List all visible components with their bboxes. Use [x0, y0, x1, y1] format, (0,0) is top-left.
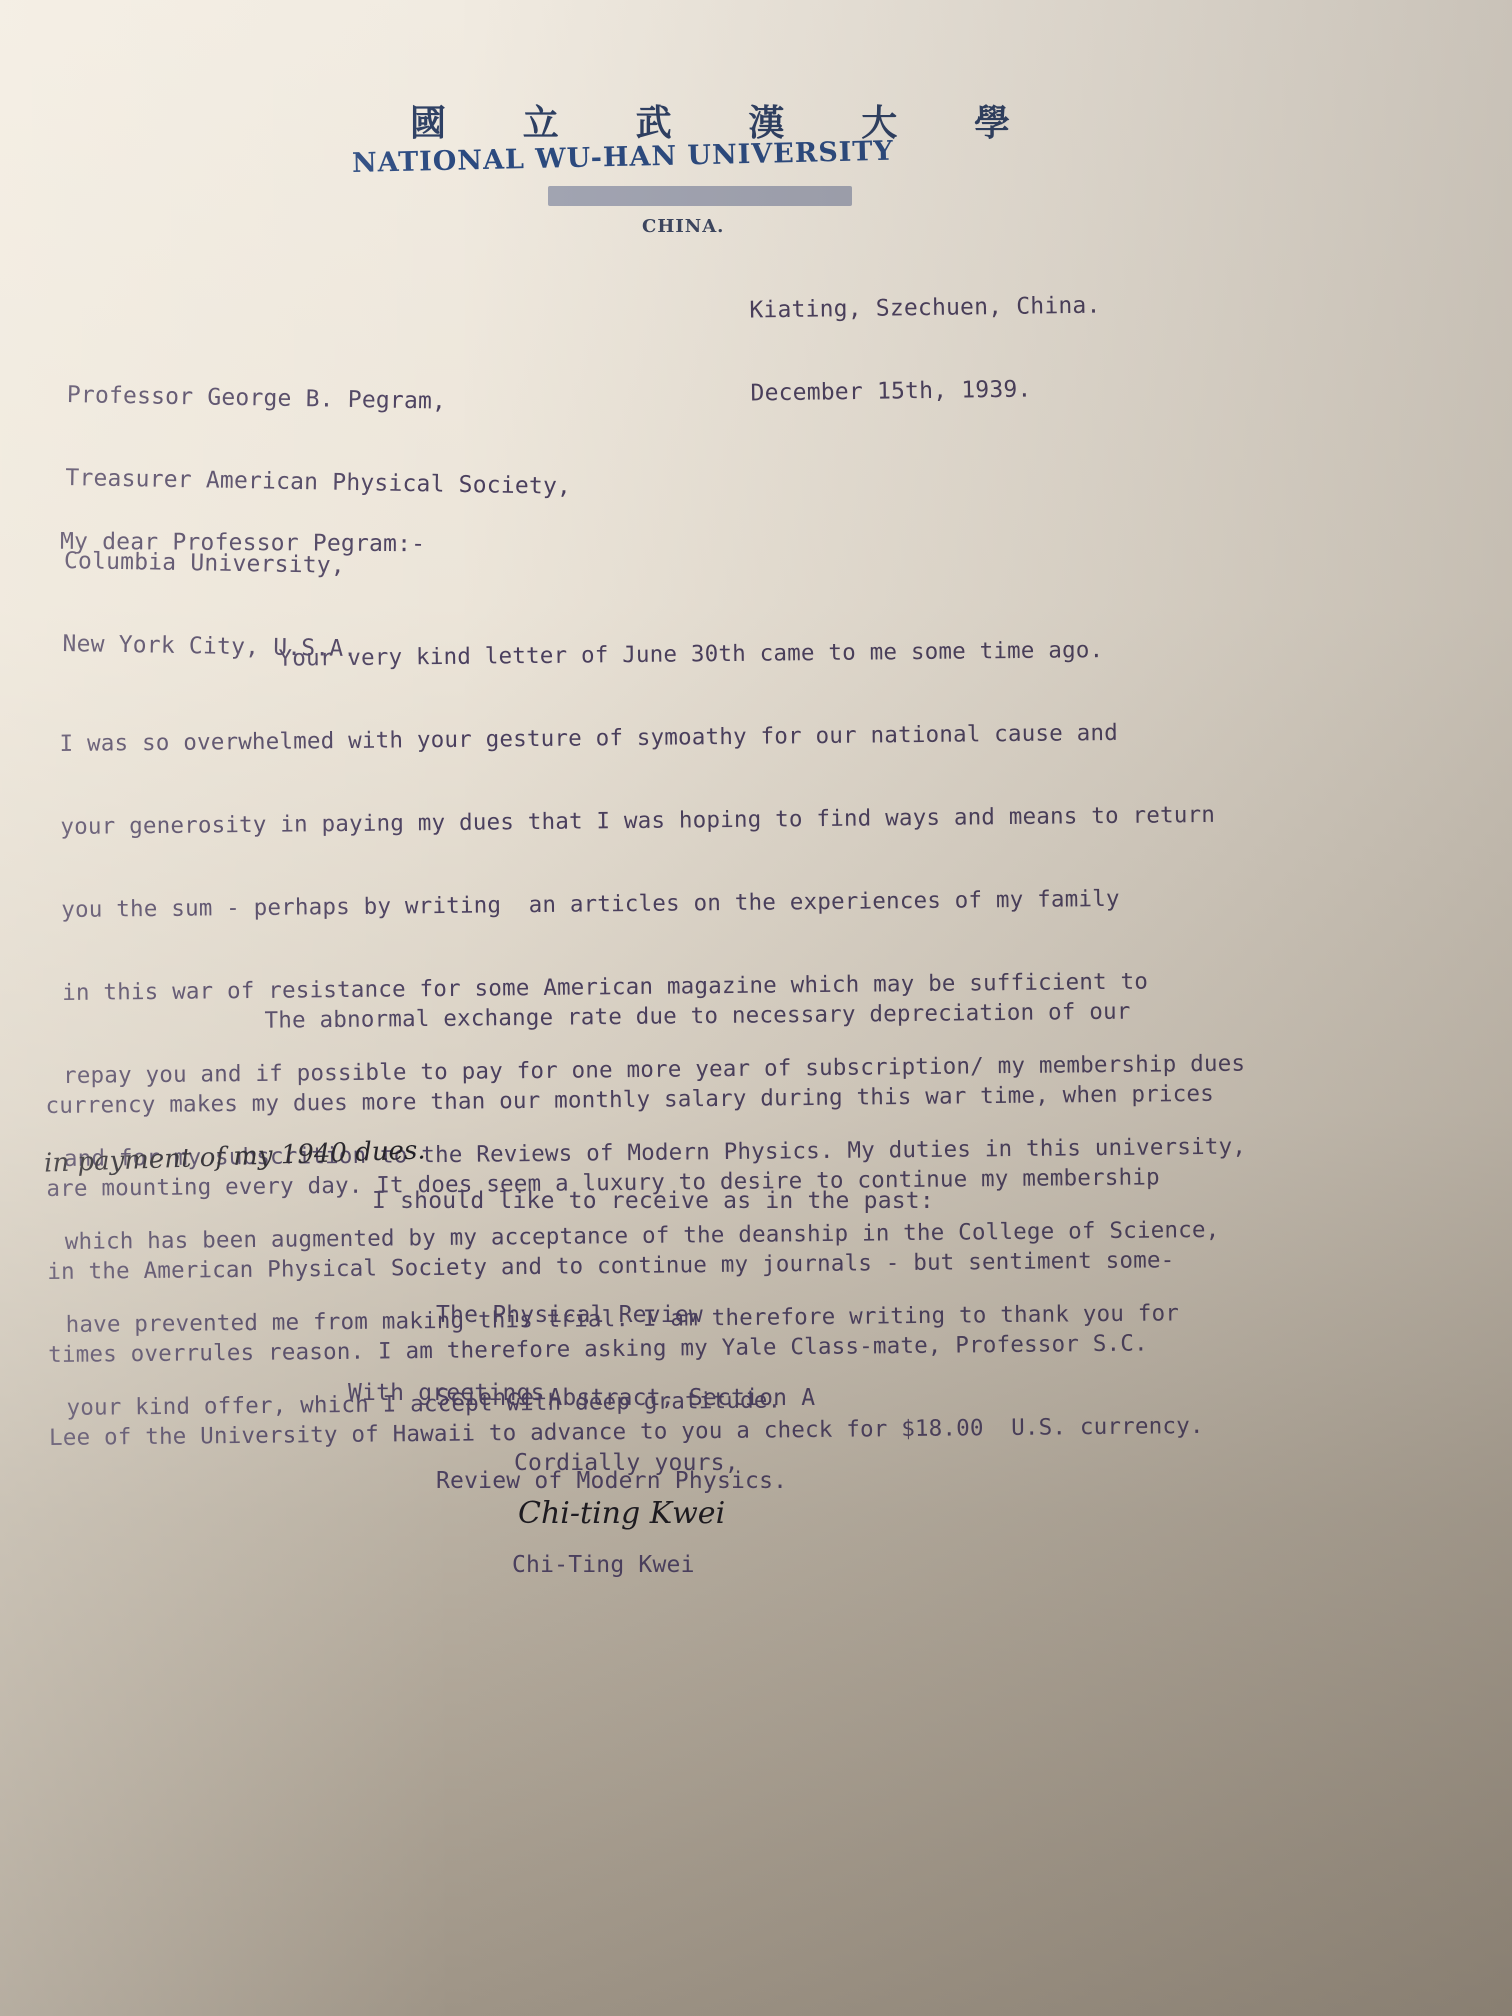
address-line: Treasurer American Physical Society, [65, 465, 571, 505]
text-line: currency makes my dues more than our mon… [45, 1081, 1214, 1124]
typed-signature: Chi-Ting Kwei [512, 1552, 695, 1578]
text-line: Your very kind letter of June 30th came … [59, 636, 1241, 679]
chinese-university-name: 國 立 武 漢 大 學 [410, 95, 1010, 146]
letter-page: 國 立 武 漢 大 學 NATIONAL WU-HAN UNIVERSITY C… [0, 0, 1512, 2016]
text-line: I was so overwhelmed with your gesture o… [59, 719, 1241, 762]
cjk-char: 立 [523, 95, 559, 146]
date: December 15th, 1939. [750, 376, 1102, 412]
handwritten-signature: Chi-ting Kwei [518, 1496, 725, 1531]
struck-out-address [548, 186, 852, 206]
cjk-char: 學 [974, 95, 1010, 146]
salutation: My dear Professor Pegram:- [60, 529, 425, 558]
text-line: you the sum - perhaps by writing an arti… [61, 885, 1243, 928]
greeting: With greetings, [348, 1380, 559, 1406]
letterhead-country: CHINA. [642, 216, 724, 237]
address-line: Professor George B. Pegram, [67, 382, 573, 422]
cjk-char: 武 [636, 95, 672, 146]
closing: Cordially yours, [514, 1450, 739, 1476]
text-line: The abnormal exchange rate due to necess… [45, 998, 1214, 1041]
cjk-char: 國 [410, 95, 446, 146]
place: Kiating, Szechuen, China. [749, 293, 1101, 329]
place-date: Kiating, Szechuen, China. December 15th,… [748, 241, 1102, 464]
journal-item: The Physical Review [436, 1302, 815, 1333]
text-line: your generosity in paying my dues that I… [60, 802, 1242, 845]
request-intro: I should like to receive as in the past: [372, 1188, 934, 1214]
